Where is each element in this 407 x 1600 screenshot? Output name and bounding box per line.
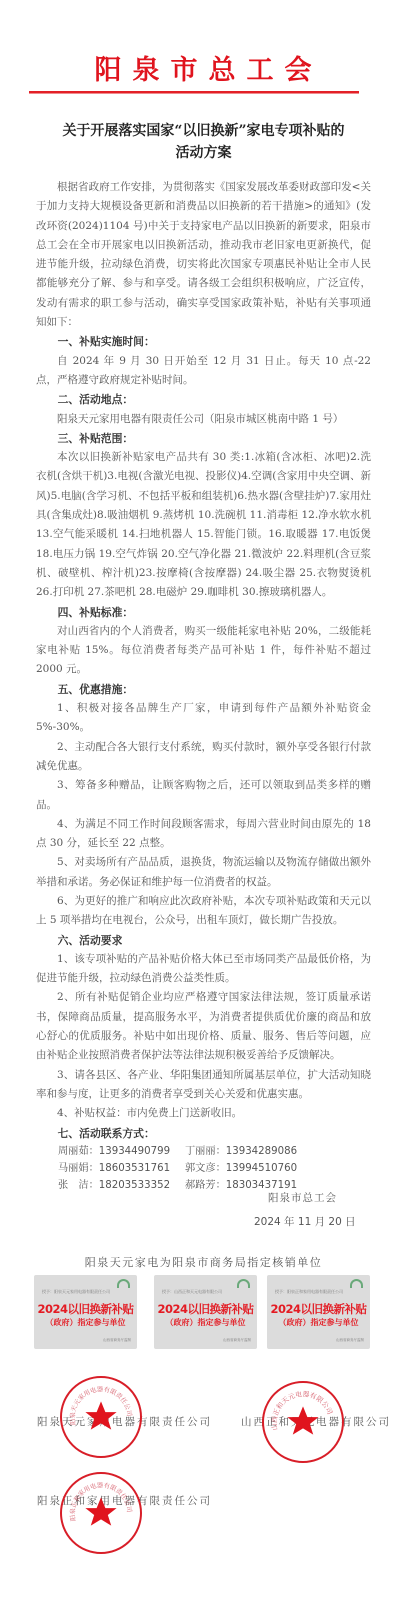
badge-main-text: 2024以旧换新补贴 bbox=[154, 1301, 257, 1317]
badge-main-text: 2024以旧换新补贴 bbox=[34, 1301, 137, 1317]
section-scope-text: 本次以旧换新补贴家电产品共有 30 类:1.冰箱(含冰柜、冰吧)2.洗衣机(含烘… bbox=[36, 448, 371, 602]
section-heading-location: 二、活动地点： bbox=[36, 390, 371, 409]
offer-item-4: 4、为满足不同工作时间段顾客需求，每周六营业时间由原先的 18 点 30 分，延… bbox=[36, 815, 371, 854]
section-heading-offers: 五、优惠措施： bbox=[36, 680, 371, 699]
badge-sub-text: （政府）指定参与单位 bbox=[267, 1317, 370, 1328]
org-letterhead: 阳泉市总工会 bbox=[0, 48, 407, 87]
red-star-icon: 山西正和天元电器有限公司 bbox=[264, 1383, 342, 1461]
contact-entry: 丁丽丽：13934289086 bbox=[185, 1143, 297, 1160]
section-location-text: 阳泉天元家用电器有限责任公司（阳泉市城区桃南中路 1 号） bbox=[36, 410, 371, 429]
document-title: 关于开展落实国家“以旧换新”家电专项补贴的 活动方案 bbox=[20, 120, 387, 164]
company-seal: 山西正和天元电器有限公司 bbox=[262, 1381, 344, 1463]
title-line-1: 关于开展落实国家“以旧换新”家电专项补贴的 bbox=[20, 120, 387, 142]
phone-number: 13934289086 bbox=[226, 1143, 297, 1160]
contact-list: 周丽茹：13934490799 丁丽丽：13934289086 马丽娟：1860… bbox=[36, 1143, 371, 1194]
intro-paragraph: 根据省政府工作安排，为贯彻落实《国家发展改革委财政部印发<关于加力支持大规模设备… bbox=[36, 178, 371, 332]
badge-sub-text: （政府）指定参与单位 bbox=[34, 1317, 137, 1328]
contact-entry: 张 洁：18203533352 bbox=[58, 1177, 185, 1194]
phone-number: 13934490799 bbox=[99, 1143, 170, 1160]
section-heading-contacts: 七、活动联系方式： bbox=[36, 1124, 371, 1143]
badge-grantee: 授予：阳泉正和家用电器有限责任公司 bbox=[275, 1289, 343, 1295]
requirement-item-3: 3、请各县区、各产业、华阳集团通知所属基层单位，扩大活动知晓率和参与度，让更多的… bbox=[36, 1066, 371, 1105]
badge-footer: 山西省商务厅监制 bbox=[336, 1338, 364, 1343]
contact-entry: 周丽茹：13934490799 bbox=[58, 1143, 185, 1160]
offer-item-1: 1、积极对接各品牌生产厂家，申请到每件产品额外补贴资金 5%-30%。 bbox=[36, 699, 371, 738]
section-heading-requirements: 六、活动要求 bbox=[36, 931, 371, 950]
section-heading-time: 一、补贴实施时间： bbox=[36, 332, 371, 351]
commerce-logo-icon bbox=[350, 1279, 363, 1288]
offer-item-6: 6、为更好的推广和响应此次政府补贴，本次专项补贴政策和天元以上 5 项举措均在电… bbox=[36, 892, 371, 931]
section-time-text: 自 2024 年 9 月 30 日开始至 12 月 31 日止。每天 10 点-… bbox=[36, 352, 371, 391]
certificate-badge: 授予：山西正和天元电器有限公司 2024以旧换新补贴 （政府）指定参与单位 山西… bbox=[154, 1275, 257, 1349]
requirement-item-1: 1、该专项补贴的产品补贴价格大体已至市场同类产品最低价格，为促进节能升级，拉动绿… bbox=[36, 950, 371, 989]
phone-number: 18603531761 bbox=[99, 1160, 170, 1177]
section-heading-scope: 三、补贴范围： bbox=[36, 429, 371, 448]
letterhead-divider bbox=[29, 91, 359, 94]
badge-sub-text: （政府）指定参与单位 bbox=[154, 1317, 257, 1328]
section-standard-text: 对山西省内的个人消费者，购买一级能耗家电补贴 20%，二级能耗家电补贴 15%。… bbox=[36, 622, 371, 680]
red-star-icon: 阳泉正和家用电器有限责任公司 bbox=[62, 1474, 140, 1552]
certificate-badge: 授予：阳泉正和家用电器有限责任公司 2024以旧换新补贴 （政府）指定参与单位 … bbox=[267, 1275, 370, 1349]
company-seal: 阳泉正和家用电器有限责任公司 bbox=[60, 1472, 142, 1554]
badge-footer: 山西省商务厅监制 bbox=[103, 1338, 131, 1343]
badge-main-text: 2024以旧换新补贴 bbox=[267, 1301, 370, 1317]
section-heading-standard: 四、补贴标准： bbox=[36, 603, 371, 622]
offer-item-2: 2、主动配合各大银行支付系统，购买付款时，额外享受各银行付款减免优惠。 bbox=[36, 738, 371, 777]
commerce-logo-icon bbox=[237, 1279, 250, 1288]
phone-number: 18203533352 bbox=[99, 1177, 170, 1194]
phone-number: 13994510760 bbox=[226, 1160, 297, 1177]
requirement-item-4: 4、补贴权益：市内免费上门送新收旧。 bbox=[36, 1104, 371, 1123]
company-seal: 阳泉天元家用电器有限责任公司 bbox=[60, 1376, 142, 1458]
offer-item-5: 5、对卖场所有产品品质，退换货，物流运输以及物流存储做出额外举措和承诺。务必保证… bbox=[36, 853, 371, 892]
badge-footer: 山西省商务厅监制 bbox=[223, 1338, 251, 1343]
contact-entry: 郭文彦：13994510760 bbox=[185, 1160, 297, 1177]
title-line-2: 活动方案 bbox=[20, 142, 387, 164]
contact-row: 马丽娟：18603531761 郭文彦：13994510760 bbox=[58, 1160, 371, 1177]
signature-org: 阳泉市总工会 bbox=[268, 1190, 337, 1205]
commerce-logo-icon bbox=[117, 1279, 130, 1288]
contact-row: 周丽茹：13934490799 丁丽丽：13934289086 bbox=[58, 1143, 371, 1160]
badge-grantee: 授予：山西正和天元电器有限公司 bbox=[162, 1289, 222, 1295]
contact-entry: 马丽娟：18603531761 bbox=[58, 1160, 185, 1177]
requirement-item-2: 2、所有补贴促销企业均应严格遵守国家法律法规，签订质量承诺书，保障商品质量，提高… bbox=[36, 988, 371, 1065]
appointed-unit-caption: 阳泉天元家电为阳泉市商务局指定核销单位 bbox=[0, 1254, 407, 1270]
signature-date: 2024 年 11 月 20 日 bbox=[254, 1214, 356, 1229]
offer-item-3: 3、筹备多种赠品，让顾客购物之后，还可以领取到品类多样的赠品。 bbox=[36, 776, 371, 815]
badge-grantee: 授予：阳泉天元家用电器有限责任公司 bbox=[42, 1289, 110, 1295]
document-body: 根据省政府工作安排，为贯彻落实《国家发展改革委财政部印发<关于加力支持大规模设备… bbox=[36, 178, 371, 1194]
certificate-badge: 授予：阳泉天元家用电器有限责任公司 2024以旧换新补贴 （政府）指定参与单位 … bbox=[34, 1275, 137, 1349]
red-star-icon: 阳泉天元家用电器有限责任公司 bbox=[62, 1378, 140, 1456]
